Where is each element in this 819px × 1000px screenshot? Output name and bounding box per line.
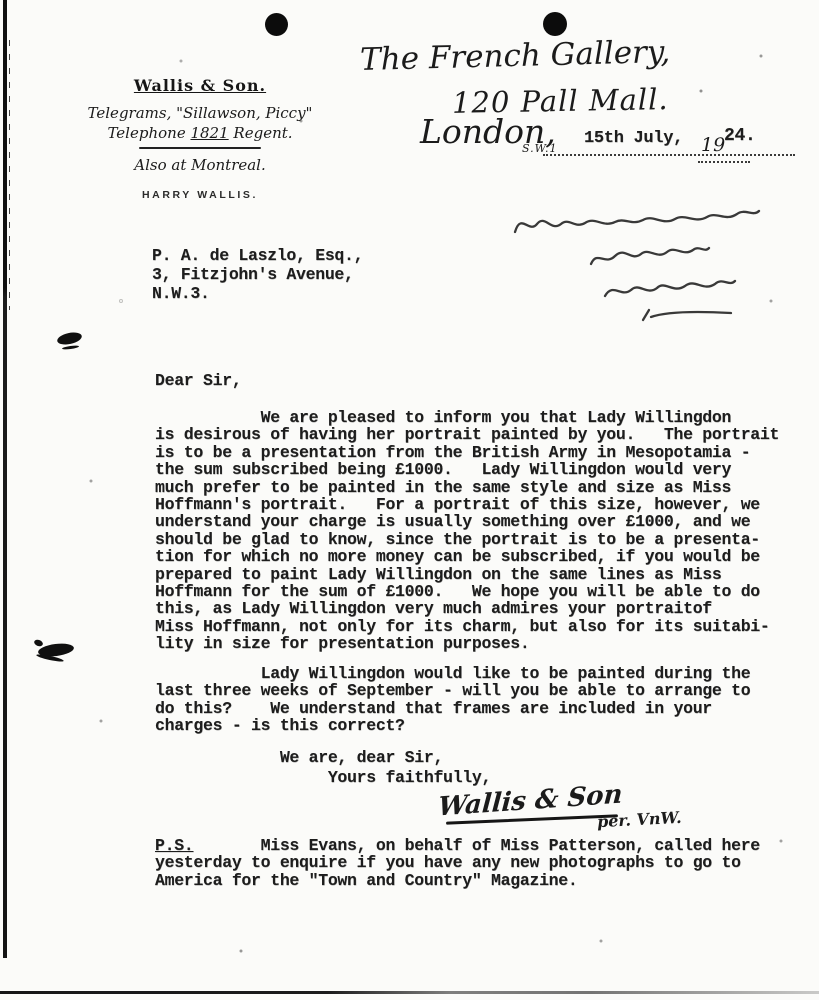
agent-name: HARRY WALLIS. bbox=[50, 189, 350, 201]
year-typed: 24. bbox=[724, 128, 756, 145]
salutation: Dear Sir, bbox=[155, 372, 241, 389]
also-at-line: Also at Montreal. bbox=[50, 156, 350, 174]
note-line-2 bbox=[591, 248, 709, 264]
body-paragraph-2: Lady Willingdon would like to be painted… bbox=[155, 665, 750, 735]
recipient-address: P. A. de Laszlo, Esq., 3, Fitzjohn's Ave… bbox=[152, 247, 363, 303]
telegrams-line: Telegrams, "Sillawson, Piccy" bbox=[50, 104, 350, 122]
scan-edge-left bbox=[3, 0, 7, 958]
company-name: Wallis & Son. bbox=[50, 76, 350, 95]
note-tick bbox=[643, 310, 649, 320]
body-paragraph-1: We are pleased to inform you that Lady W… bbox=[155, 409, 779, 653]
postscript-text: Miss Evans, on behalf of Miss Patterson,… bbox=[155, 837, 760, 889]
gallery-name: The French Gallery, bbox=[360, 34, 671, 78]
binder-dot-left bbox=[265, 13, 288, 36]
binder-dot-right bbox=[543, 12, 567, 36]
letterhead-left: Wallis & Son. Telegrams, "Sillawson, Pic… bbox=[50, 76, 350, 201]
date-typed: 15th July, bbox=[584, 130, 683, 147]
note-line-3 bbox=[605, 281, 735, 296]
scan-edge-left-dashes bbox=[9, 40, 10, 310]
note-dash bbox=[651, 312, 731, 317]
telephone-number: 1821 bbox=[190, 124, 228, 142]
scan-edge-bottom bbox=[0, 991, 819, 994]
handwritten-note bbox=[505, 198, 765, 326]
scanned-letter-page: Wallis & Son. Telegrams, "Sillawson, Pic… bbox=[0, 0, 819, 1000]
scan-specks bbox=[120, 300, 122, 302]
letterhead-flourish bbox=[139, 147, 261, 149]
closing-lines: We are, dear Sir, Yours faithfully, bbox=[155, 748, 491, 787]
telephone-line: Telephone 1821 Regent. bbox=[50, 124, 350, 143]
year-preprinted: 19 bbox=[701, 134, 725, 156]
signature-per: per. VnW. bbox=[597, 808, 682, 831]
note-line-1 bbox=[515, 211, 759, 232]
